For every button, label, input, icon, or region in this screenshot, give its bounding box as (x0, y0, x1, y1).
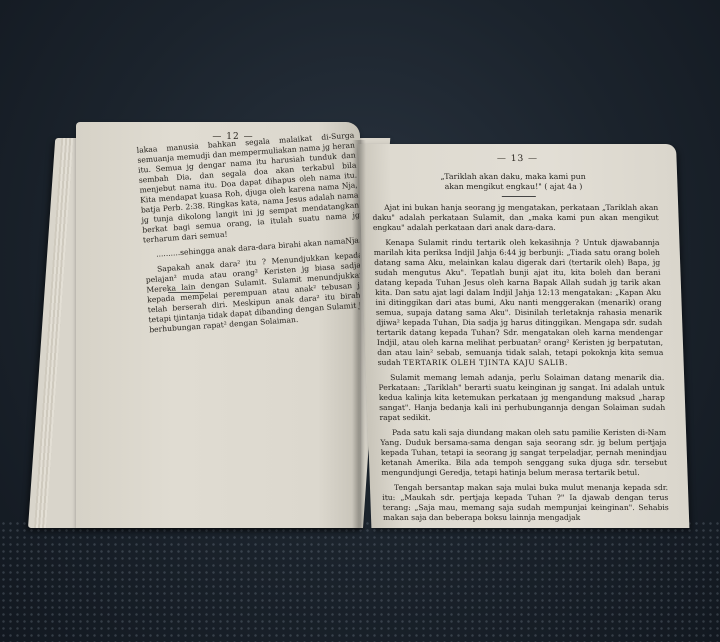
emphasis-caps: TERTARIK OLEH TJINTA KAJU SALIB. (403, 358, 568, 367)
right-page: — 13 — „Tariklah akan daku, maka kami pu… (358, 144, 689, 528)
book-gutter (352, 140, 366, 530)
section-divider (168, 292, 204, 293)
paragraph: Kenapa Sulamit rindu tertarik oleh kekas… (373, 238, 664, 368)
paragraph: Ajat ini bukan hanja seorang jg mengatak… (372, 203, 659, 233)
verse-quote-line: akan mengikut engkau!" ( ajat 4a ) (359, 182, 667, 192)
verse-quote-line: „Tariklah akan daku, maka kami pun (359, 172, 667, 182)
left-page-text: lakaa manusia bahkan segala malaikat di-… (76, 122, 360, 339)
right-page-text: Ajat ini bukan hanja seorang jg mengatak… (360, 203, 689, 523)
paragraph-body: Kenapa Sulamit rindu tertarik oleh kekas… (374, 238, 664, 367)
page-number-right: — 13 — (358, 154, 676, 164)
paragraph: Pada satu kali saja diundang makan oleh … (380, 428, 668, 478)
verse-quote: „Tariklah akan daku, maka kami pun akan … (359, 172, 678, 192)
paragraph: lakaa manusia bahkan segala malaikat di-… (136, 131, 360, 246)
quote-divider (502, 196, 536, 197)
left-page: — 12 — lakaa manusia bahkan segala malai… (76, 122, 360, 528)
paragraph: Tengah bersantap makan saja mulai buka m… (382, 483, 669, 523)
paragraph: Sulamit memang lemah adanja, perlu Solai… (378, 373, 666, 423)
fabric-background (0, 520, 720, 642)
